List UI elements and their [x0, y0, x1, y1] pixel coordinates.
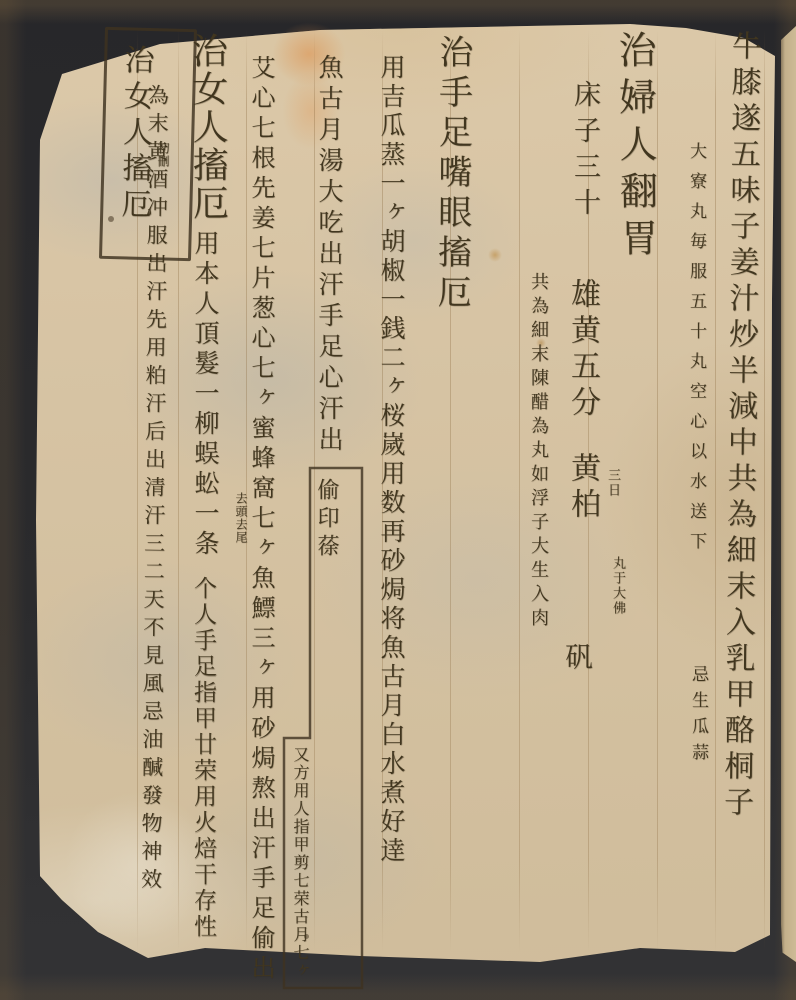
recipe3-title: 治手足嘴眼搐厄 — [434, 34, 470, 314]
recipe4-text-line: 个人手足指甲廿荣用火焙干存性 — [191, 576, 214, 940]
recipe2-ingredient: 雄黄五分 — [567, 278, 597, 422]
column-rule — [764, 30, 765, 952]
recipe3-text-line: 魚古月湯大吃出汗手足心汗出 — [317, 54, 342, 457]
recipe4-tiny-note: 去頭去尾 — [235, 492, 247, 544]
recipe2-ingredient: 黄柏 — [567, 452, 597, 524]
recipe3-boxed-note: 又方用人指甲剪七荣古月七ヶ — [292, 746, 308, 980]
deletion-label-title: 治女人搐厄 — [117, 44, 151, 225]
recipe3-text-line: 用吉瓜蒸一ヶ胡椒一銭二ヶ桜嵗用数再砂焗将魚古月白水煮好逹 — [379, 54, 404, 866]
scan-background: 牛膝遂五味子姜汁炒半減中共為細末入乳甲酪桐子 大寮丸毎服五十丸空心以水送下 忌生… — [0, 0, 796, 1000]
column-rule — [715, 30, 716, 952]
recipe4-text-line: 用本人頂髮一柳蜈蚣一条 — [193, 230, 218, 560]
adjacent-page-sliver — [781, 26, 796, 962]
recipe3-text-line: 艾心七根先姜七片葱心七ヶ蜜蜂窩七ヶ魚鰾三ヶ用砂焗熬出汗手足偷出 — [249, 55, 273, 985]
recipe3-boxed-note: 偷印蒣 — [315, 478, 337, 562]
deletion-label-annotation: 初刪 — [157, 142, 169, 168]
recipe1-dose-note: 大寮丸毎服五十丸空心以水送下 — [687, 142, 704, 562]
column-rule — [519, 30, 520, 952]
recipe2-ingredient: 床子三十 — [571, 80, 598, 224]
recipe4-title: 治女人搐厄 — [188, 32, 225, 222]
recipe1-caution-note: 忌生瓜蒜 — [689, 665, 706, 769]
recipe2-title: 治婦人翻胃 — [615, 30, 655, 265]
recipe2-tiny-note: 丸于大佛 — [611, 556, 624, 616]
recipe2-preparation-note: 共為細末陳醋為丸如浮子大生入肉 — [529, 272, 547, 632]
recipe2-dose-note: 三日 — [606, 468, 619, 498]
recipe1-main-text: 牛膝遂五味子姜汁炒半減中共為細末入乳甲酪桐子 — [720, 30, 758, 822]
recipe2-ingredient: 矾 — [563, 642, 591, 670]
